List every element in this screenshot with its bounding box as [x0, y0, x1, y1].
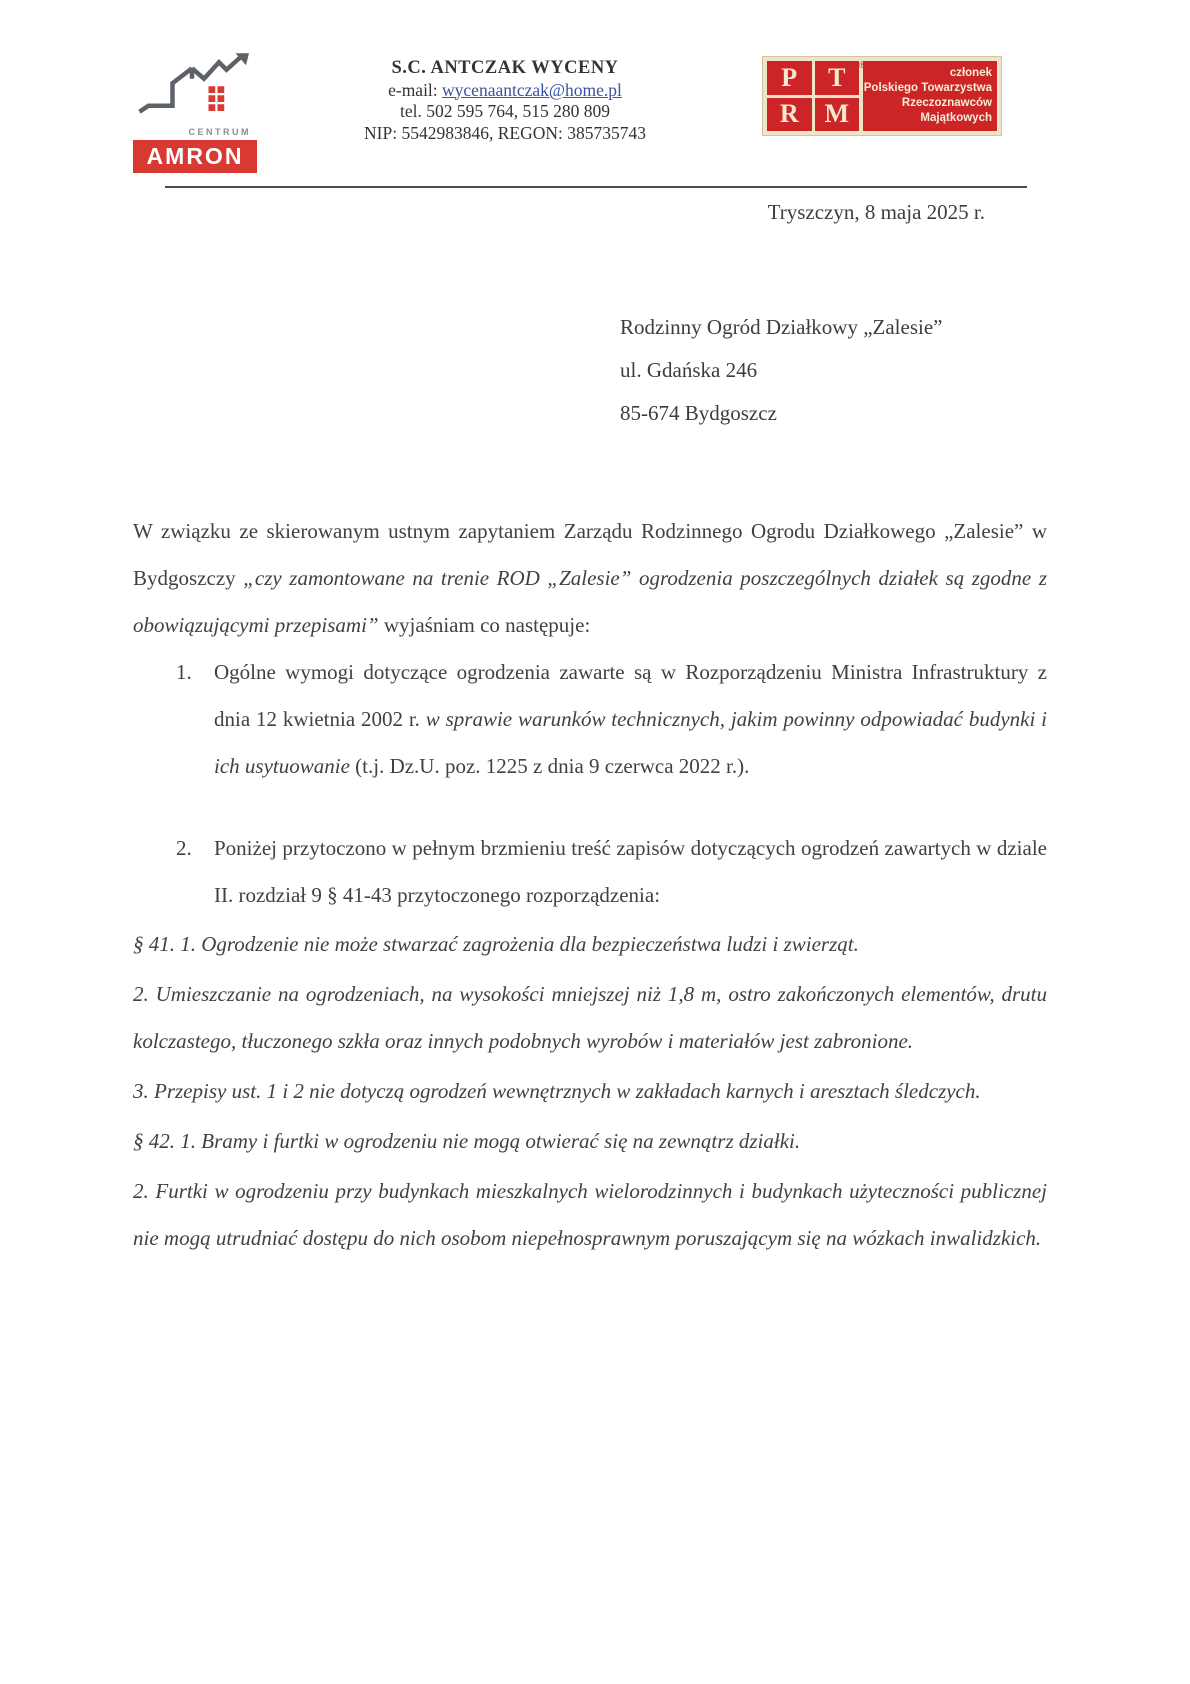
- list-item-1-number: 1.: [133, 649, 214, 790]
- ptrm-letter-p: P: [767, 61, 812, 95]
- company-email-line: e-mail: wycenaantczak@home.pl: [330, 80, 680, 102]
- company-phone-line: tel. 502 595 764, 515 280 809: [330, 101, 680, 123]
- ptrm-letter-m: M: [815, 98, 860, 132]
- ptrm-letter-grid: P T R M: [767, 61, 859, 131]
- dateline: Tryszczyn, 8 maja 2025 r.: [768, 200, 985, 225]
- amron-logo: CENTRUM AMRON: [133, 53, 257, 173]
- registered-trademark-icon: ®: [859, 60, 866, 70]
- list-item-2: 2. Poniżej przytoczono w pełnym brzmieni…: [133, 825, 1047, 919]
- amron-wordmark: AMRON: [133, 140, 257, 173]
- recipient-line-2: ul. Gdańska 246: [620, 349, 943, 392]
- intro-paragraph: W związku ze skierowanym ustnym zapytani…: [133, 508, 1047, 649]
- list-item-1-text: Ogólne wymogi dotyczące ogrodzenia zawar…: [214, 649, 1047, 790]
- ptrm-letter-r: R: [767, 98, 812, 132]
- letter-body: W związku ze skierowanym ustnym zapytani…: [133, 508, 1047, 1262]
- regulation-quote-41-1: § 41. 1. Ogrodzenie nie może stwarzać za…: [133, 921, 1047, 968]
- email-label: e-mail:: [388, 80, 442, 100]
- regulation-quote-42-1: § 42. 1. Bramy i furtki w ogrodzeniu nie…: [133, 1118, 1047, 1165]
- company-header: S.C. ANTCZAK WYCENY e-mail: wycenaantcza…: [330, 58, 680, 144]
- company-name: S.C. ANTCZAK WYCENY: [330, 58, 680, 80]
- ptrm-text-line-2: Polskiego Towarzystwa: [863, 81, 992, 96]
- list-item-2-text-normal: Poniżej przytoczono w pełnym brzmieniu t…: [214, 836, 1047, 907]
- regulation-quote-41-3: 3. Przepisy ust. 1 i 2 nie dotyczą ogrod…: [133, 1068, 1047, 1115]
- recipient-line-3: 85-674 Bydgoszcz: [620, 392, 943, 435]
- header-divider: [165, 186, 1027, 188]
- ptrm-text-line-3: Rzeczoznawców: [863, 96, 992, 111]
- ptrm-membership-text: członek Polskiego Towarzystwa Rzeczoznaw…: [863, 61, 997, 131]
- recipient-line-1: Rodzinny Ogród Działkowy „Zalesie”: [620, 306, 943, 349]
- company-nip-regon-line: NIP: 5542983846, REGON: 385735743: [330, 123, 680, 145]
- ptrm-text-line-1: członek: [863, 66, 992, 81]
- recipient-block: Rodzinny Ogród Działkowy „Zalesie” ul. G…: [620, 306, 943, 435]
- amron-house-chart-icon: [133, 53, 257, 127]
- list-item-2-text: Poniżej przytoczono w pełnym brzmieniu t…: [214, 825, 1047, 919]
- document-page: CENTRUM AMRON S.C. ANTCZAK WYCENY e-mail…: [0, 0, 1190, 1684]
- list-item-1: 1. Ogólne wymogi dotyczące ogrodzenia za…: [133, 649, 1047, 790]
- ptrm-text-line-4: Majątkowych: [863, 111, 992, 126]
- regulation-quote-42-2: 2. Furtki w ogrodzeniu przy budynkach mi…: [133, 1168, 1047, 1262]
- ptrm-logo: P T R M ® członek Polskiego Towarzystwa …: [762, 56, 1002, 136]
- list-item-2-number: 2.: [133, 825, 214, 919]
- intro-text-2: wyjaśniam co następuje:: [379, 613, 591, 637]
- list-item-1-text-tail: (t.j. Dz.U. poz. 1225 z dnia 9 czerwca 2…: [350, 754, 749, 778]
- ptrm-letter-t: T: [815, 61, 860, 95]
- email-link[interactable]: wycenaantczak@home.pl: [442, 80, 622, 100]
- regulation-quote-41-2: 2. Umieszczanie na ogrodzeniach, na wyso…: [133, 971, 1047, 1065]
- amron-centrum-label: CENTRUM: [133, 127, 257, 138]
